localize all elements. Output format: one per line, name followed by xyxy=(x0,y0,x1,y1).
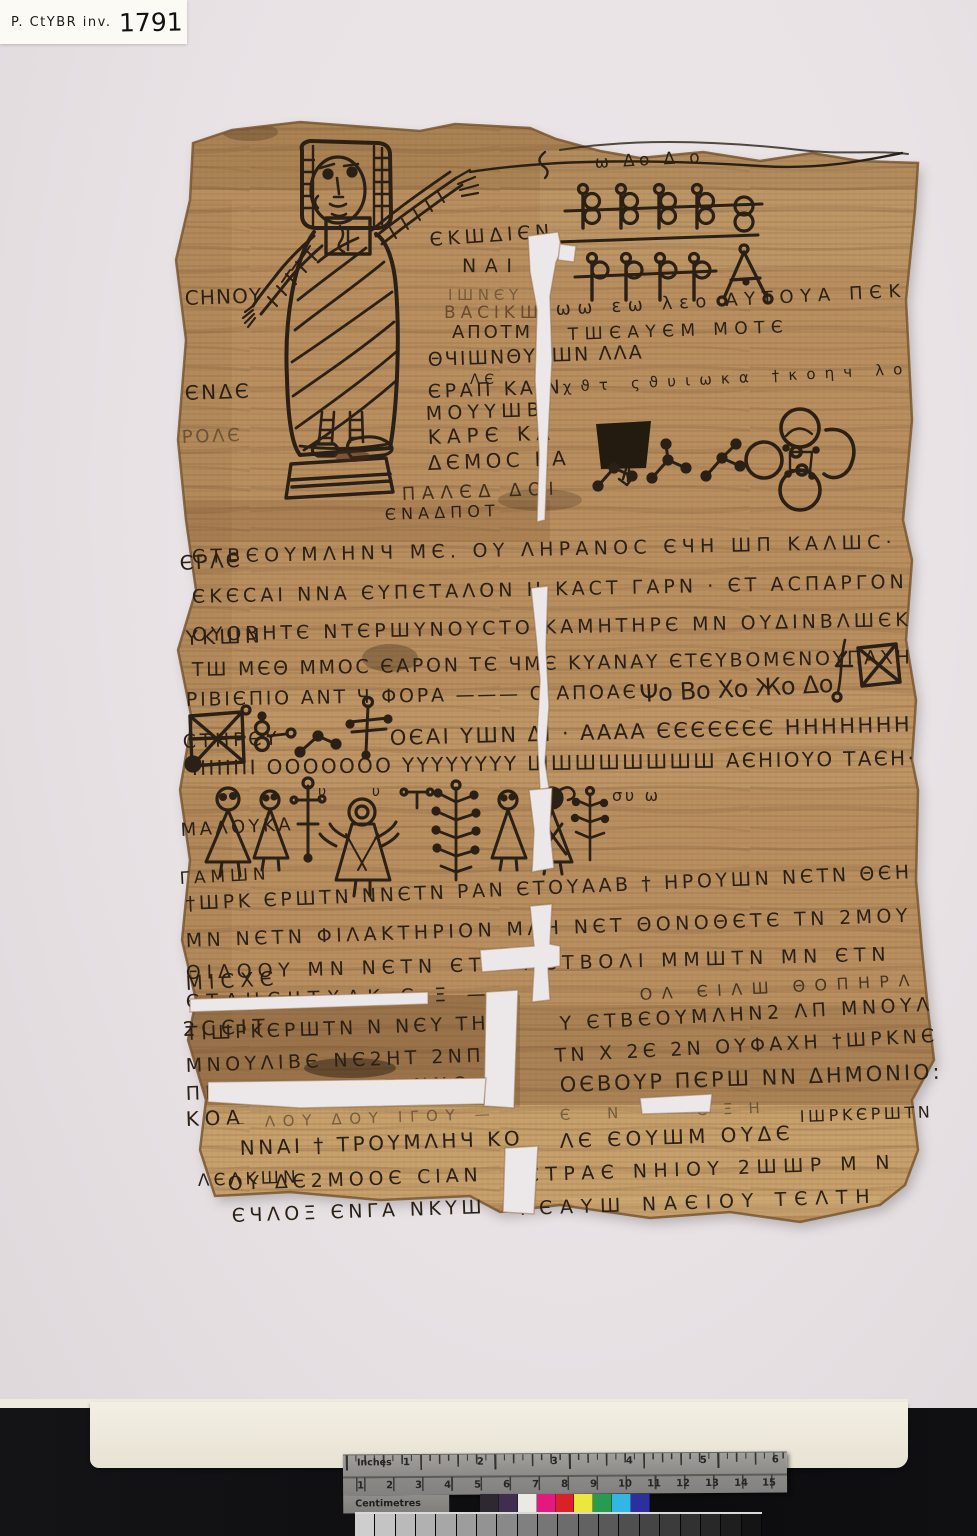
inches-label: Inches xyxy=(357,1457,392,1468)
gray-step xyxy=(497,1514,517,1536)
gray-step xyxy=(396,1514,416,1536)
cm-number: 11 xyxy=(647,1478,661,1489)
color-patch xyxy=(593,1494,612,1513)
color-patch xyxy=(631,1494,650,1513)
grayscale-wedge xyxy=(355,1512,762,1536)
cm-number: 5 xyxy=(474,1480,481,1491)
color-patch xyxy=(574,1494,593,1513)
cm-number: 4 xyxy=(444,1480,451,1491)
gray-step xyxy=(742,1514,762,1536)
cm-number: 12 xyxy=(676,1478,690,1489)
cm-number: 3 xyxy=(415,1480,422,1491)
gray-step xyxy=(538,1514,558,1536)
lower-text-line: ЄЧΛΟΞ ЄΝΓΑ ΝΚΥШ xyxy=(231,1196,482,1227)
gray-step xyxy=(681,1514,701,1536)
gray-step xyxy=(416,1514,436,1536)
cm-number: 9 xyxy=(590,1479,597,1490)
cm-number: 15 xyxy=(762,1478,776,1489)
gray-step xyxy=(599,1514,619,1536)
color-calibration-bar xyxy=(480,1494,650,1513)
gray-step xyxy=(457,1514,477,1536)
inch-number: 2 xyxy=(477,1457,484,1468)
cm-number: 7 xyxy=(532,1479,539,1490)
inventory-label: P. CtYBR inv. 1791 xyxy=(0,0,187,44)
gray-step xyxy=(701,1514,721,1536)
cm-number: 2 xyxy=(386,1480,393,1491)
right-label: ΙШΝЄΥ xyxy=(448,286,519,304)
cm-number: 8 xyxy=(561,1479,568,1490)
color-patch xyxy=(499,1494,518,1513)
cm-number: 13 xyxy=(705,1478,719,1489)
inch-number: 5 xyxy=(700,1455,707,1466)
gray-step xyxy=(579,1514,599,1536)
gray-step xyxy=(477,1514,497,1536)
cm-number: 10 xyxy=(618,1479,632,1490)
gray-step xyxy=(660,1514,680,1536)
gray-step xyxy=(640,1514,660,1536)
right-label: ЄΝΑΔΠΟΤ xyxy=(384,501,495,524)
gray-step xyxy=(619,1514,639,1536)
color-patch xyxy=(612,1494,631,1513)
left-label: CΗΝΟΥ xyxy=(184,283,263,310)
centimetres-label: Centimetres xyxy=(343,1495,449,1514)
inch-number: 6 xyxy=(772,1455,779,1466)
color-patch xyxy=(556,1494,575,1513)
inch-number: 1 xyxy=(403,1457,410,1468)
color-patch xyxy=(518,1494,537,1513)
gray-step xyxy=(558,1514,578,1536)
gray-step xyxy=(375,1514,395,1536)
photo-stage: CΗΝΟΥ ЄΝΔЄ ΡΟΛЄ ЄΡΛЄ ΥΚШΝ CΤΗΡЄΥ ΜΑΛΟΥΚΑ… xyxy=(0,0,977,1536)
scale-ruler: Inches 123456 123456789101112131415 Cent… xyxy=(343,1451,787,1495)
inch-number: 3 xyxy=(551,1456,558,1467)
inch-number: 4 xyxy=(626,1456,633,1467)
gray-step xyxy=(721,1514,741,1536)
color-patch xyxy=(480,1494,499,1513)
inventory-number: 1791 xyxy=(119,7,183,37)
right-label: ΑΠΟΤΜ xyxy=(452,322,530,343)
inventory-label-text: P. CtYBR inv. xyxy=(11,15,111,30)
cm-number: 6 xyxy=(503,1479,510,1490)
cm-number: 14 xyxy=(734,1478,748,1489)
papyrus-photo: CΗΝΟΥ ЄΝΔЄ ΡΟΛЄ ЄΡΛЄ ΥΚШΝ CΤΗΡЄΥ ΜΑΛΟΥΚΑ… xyxy=(0,0,977,1536)
gray-step xyxy=(518,1514,538,1536)
color-patch xyxy=(537,1494,556,1513)
gray-step xyxy=(436,1514,456,1536)
gray-step xyxy=(355,1514,375,1536)
cm-number: 1 xyxy=(357,1480,364,1491)
